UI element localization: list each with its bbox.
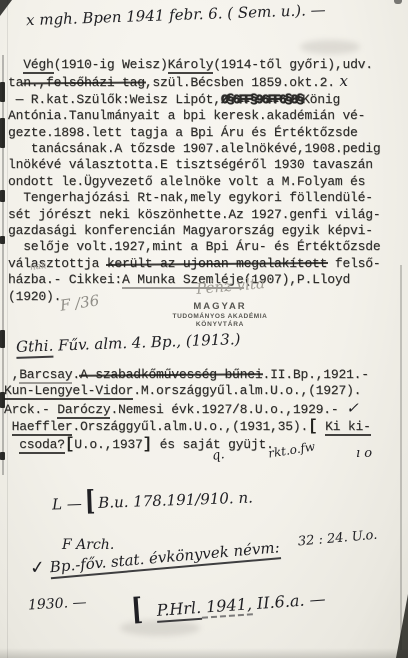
- text-segment: tanácsának.A tőzsde 1907.alelnökévé,1908…: [8, 141, 380, 156]
- bracket-mark: [: [84, 485, 96, 518]
- text-segment: lnökévé választotta.E tisztségéről 1930 …: [8, 157, 373, 172]
- text-segment: gezte.1898.lett tagja a Bpi Áru és Érték…: [8, 125, 358, 140]
- text-segment: került az ujonan megalakított: [107, 256, 327, 271]
- text-segment: U.o.,1937: [74, 437, 142, 452]
- text-segment: .Nemesi évk.1927/8.U.o.,1929.-: [110, 402, 346, 417]
- text-segment: — R.kat.Szülők:Weisz Lipót,: [8, 92, 221, 107]
- text-segment: Barcsay: [19, 367, 72, 382]
- text-segment: [4, 419, 12, 434]
- text-segment: .Országgyűl.alm.U.o.,(1931,35).: [72, 419, 308, 434]
- typed-line: választottja került az ujonan megalakíto…: [8, 256, 380, 272]
- handwritten-year-note: 1930. —: [28, 594, 87, 613]
- edge-mark: [0, 452, 5, 460]
- text-segment: n.,felsőházi tag: [23, 75, 145, 90]
- text-segment: ✓: [346, 399, 358, 417]
- typed-line: Arck.- Daróczy.Nemesi évk.1927/8.U.o.,19…: [4, 400, 371, 418]
- text-segment: Ø§6₣₣§96₣₣6§8§: [221, 92, 302, 107]
- typed-line: ,Barcsay.A szabadkőművesség bűnei.II.Bp.…: [4, 367, 371, 383]
- text-segment: König: [302, 92, 340, 107]
- citation-tail: II.6.a. —: [251, 589, 326, 613]
- handwritten-checked-reference: ✓ Bp.-főv. stat. évkönyvek névm: 32 : 24…: [29, 528, 378, 579]
- stamp-line-3: KÖNYVTÁRA: [150, 321, 290, 329]
- citation-title: P.Hrl.: [156, 598, 202, 623]
- stamp-line-2: TUDOMÁNYOS AKADÉMIA: [150, 313, 290, 321]
- typed-line: Tengerhajózási Rt-nak,mely egykori fölle…: [8, 190, 380, 206]
- handwritten-newspaper-citation: [P.Hrl. 1941, II.6.a. —: [127, 581, 326, 624]
- edge-mark: [0, 190, 5, 202]
- citation-year: 1941,: [200, 594, 252, 618]
- bracket-mark: [: [130, 590, 144, 627]
- call-number-prefix: L —: [52, 494, 82, 513]
- text-segment: Haeffler: [12, 419, 73, 434]
- text-segment: ondott le.Ügyvezető alelnöke volt a M.Fo…: [8, 174, 365, 189]
- text-segment: gazdasági konferencián Magyarország egyi…: [8, 223, 373, 238]
- text-segment: .II.Bp.,1921.-: [262, 367, 368, 382]
- typed-bibliography-block: ,Barcsay.A szabadkőművesség bűnei.II.Bp.…: [4, 367, 371, 453]
- text-segment: választottja: [8, 256, 107, 271]
- edge-mark: [0, 82, 5, 102]
- checked-reference-pages: 32 : 24. U.o.: [297, 528, 378, 550]
- typed-line: ondott le.Ügyvezető alelnöke volt a M.Fo…: [8, 174, 380, 190]
- text-segment: (1910-ig Weisz): [54, 57, 168, 72]
- call-number-text: B.u. 178.191/910. n.: [98, 488, 253, 511]
- typed-line: Végh(1910-ig Weisz)Károly(1914-től győri…: [8, 57, 380, 73]
- typed-line: — R.kat.Szülők:Weisz Lipót,Ø§6₣₣§96₣₣6§8…: [8, 92, 380, 108]
- text-segment: [: [65, 435, 74, 453]
- handwritten-call-number: L —[B.u. 178.191/910. n.: [52, 483, 254, 516]
- typed-line: sét jórészt neki köszönhette.Az 1927.gen…: [8, 207, 380, 223]
- scan-edge-speck: [394, 0, 402, 4]
- edge-mark: [0, 330, 5, 348]
- checkmark-icon: ✓: [29, 557, 46, 579]
- text-segment: x: [335, 72, 348, 90]
- edge-mark: [0, 118, 5, 148]
- text-segment: (1914-től győri),udv.: [213, 57, 373, 72]
- typed-line: tan.,felsőházi tag,szül.Bécsben 1859.okt…: [8, 73, 380, 91]
- text-segment: Antónia.Tanulmányait a bpi keresk.akadém…: [8, 108, 365, 123]
- pencil-shelfmark: F /36: [59, 291, 100, 314]
- text-segment: (1920).: [8, 289, 61, 304]
- handwritten-reference-abbrev: Gthi.: [16, 337, 54, 359]
- text-segment: [8, 57, 23, 72]
- handwritten-reference-rest: Fűv. alm. 4. Bp., (1913.): [53, 330, 241, 355]
- edge-mark: [0, 236, 5, 244]
- text-segment: Kun-Lengyel-Vidor: [4, 383, 133, 398]
- typed-line: házba.- Cikkei:A Munka Szemléje(1907),P.…: [8, 272, 380, 288]
- scan-bottom-shadow: [0, 648, 408, 658]
- pencil-correction-nak: nak: [30, 261, 48, 273]
- text-segment: Arck.-: [4, 402, 57, 417]
- typed-line: tanácsának.A tőzsde 1907.alelnökévé,1908…: [8, 141, 380, 157]
- text-segment: Károly: [168, 57, 214, 72]
- typed-line: gazdasági konferencián Magyarország egyi…: [8, 223, 380, 239]
- handwritten-reference: Gthi. Fűv. alm. 4. Bp., (1913.): [16, 330, 241, 356]
- scan-corner-artifact: [0, 0, 12, 16]
- typed-line: selője volt.1927,mint a Bpi Áru- és Érté…: [8, 239, 380, 255]
- text-segment: [4, 437, 19, 452]
- typed-line: gezte.1898.lett tagja a Bpi Áru és Érték…: [8, 125, 380, 141]
- text-segment: ,: [4, 367, 19, 382]
- text-segment: selője volt.1927,mint a Bpi Áru- és Érté…: [8, 239, 380, 254]
- text-segment: felső-: [327, 256, 380, 271]
- ink-scribble: ı o: [356, 446, 372, 461]
- text-segment: A szabadkőművesség bűnei: [80, 367, 262, 382]
- text-segment: .M.országgyűl.alm.U.o.,(1927).: [133, 383, 361, 398]
- typed-line: Kun-Lengyel-Vidor.M.országgyűl.alm.U.o.,…: [4, 383, 371, 399]
- typed-line: lnökévé választotta.E tisztségéről 1930 …: [8, 157, 380, 173]
- text-segment: Ki ki-: [325, 419, 371, 434]
- typed-biography-block: Végh(1910-ig Weisz)Károly(1914-től győri…: [8, 57, 380, 305]
- text-segment: [317, 419, 325, 434]
- text-segment: Tengerhajózási Rt-nak,mely egykori fölle…: [8, 190, 373, 205]
- typed-line: Haeffler.Országgyűl.alm.U.o.,(1931,35).[…: [4, 418, 371, 435]
- text-segment: Daróczy: [57, 402, 110, 417]
- text-segment: sét jórészt neki köszönhette.Az 1927.gen…: [8, 207, 380, 222]
- text-segment: Végh: [23, 57, 53, 72]
- text-segment: csoda?: [19, 437, 65, 452]
- handwritten-death-note: x mgh. Bpen 1941 febr. 6. ( Sem. u.). —: [26, 1, 326, 29]
- stamp-line-1: MAGYAR: [150, 301, 290, 313]
- card-right-edge-line: [400, 265, 402, 650]
- text-segment: ]: [143, 435, 152, 453]
- paper-smudge: [300, 40, 360, 54]
- text-segment: ta: [8, 75, 23, 90]
- library-stamp: MAGYAR TUDOMÁNYOS AKADÉMIA KÖNYVTÁRA: [150, 301, 290, 329]
- scanned-archive-card: x mgh. Bpen 1941 febr. 6. ( Sem. u.). — …: [0, 0, 408, 658]
- typed-line: Antónia.Tanulmányait a bpi keresk.akadém…: [8, 108, 380, 124]
- text-segment: házba.- Cikkei:: [8, 272, 122, 287]
- ink-scribble: q.: [211, 447, 226, 464]
- text-segment: ,szül.Bécsben 1859.okt.2.: [145, 75, 335, 90]
